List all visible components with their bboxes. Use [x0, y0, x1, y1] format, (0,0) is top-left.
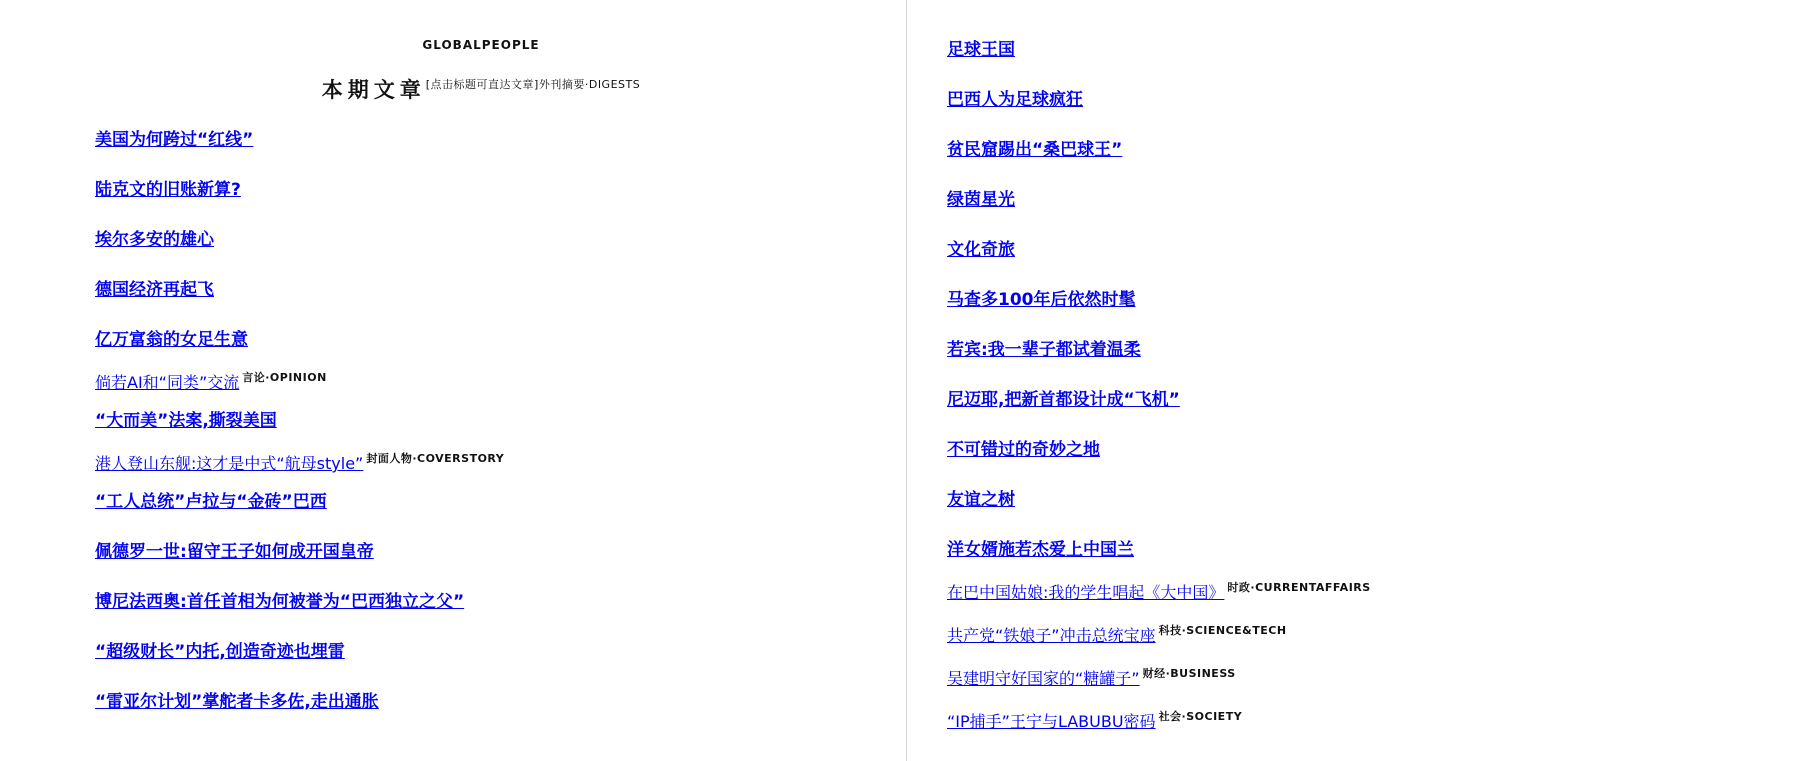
- left-article-list: 美国为何跨过“红线” 陆克文的旧账新算? 埃尔多安的雄心 德国经济再起飞 亿万富…: [95, 130, 906, 742]
- article-link[interactable]: “IP捕手”王宁与LABUBU密码: [947, 712, 1156, 731]
- article-item: 港人登山东舰:这才是中式“航母style”封面人物·COVERSTORY: [95, 449, 504, 474]
- article-link[interactable]: “雷亚尔计划”掌舵者卡多佐,走出通胀: [95, 692, 379, 712]
- article-link[interactable]: 洋女婿施若杰爱上中国兰: [947, 540, 1134, 560]
- article-item: “IP捕手”王宁与LABUBU密码社会·SOCIETY: [947, 707, 1242, 732]
- article-item: 美国为何跨过“红线”: [95, 130, 253, 150]
- article-item: 友谊之树: [947, 490, 1015, 510]
- article-item: 在巴中国姑娘:我的学生唱起《大中国》时政·CURRENTAFFAIRS: [947, 578, 1371, 603]
- article-link[interactable]: 尼迈耶,把新首都设计成“飞机”: [947, 390, 1180, 410]
- newsletter-page: GLOBALPEOPLE 本期文章[点击标题可直达文章]外刊摘要·DIGESTS…: [0, 0, 1816, 761]
- article-item: 不可错过的奇妙之地: [947, 440, 1100, 460]
- article-link[interactable]: 亿万富翁的女足生意: [95, 330, 248, 350]
- article-link[interactable]: 吴建明守好国家的“糖罐子”: [947, 669, 1140, 688]
- article-item: 尼迈耶,把新首都设计成“飞机”: [947, 390, 1180, 410]
- article-link[interactable]: 足球王国: [947, 40, 1015, 60]
- article-link[interactable]: 埃尔多安的雄心: [95, 230, 214, 250]
- left-column: GLOBALPEOPLE 本期文章[点击标题可直达文章]外刊摘要·DIGESTS…: [0, 0, 906, 761]
- article-link[interactable]: 在巴中国姑娘:我的学生唱起《大中国》: [947, 583, 1224, 602]
- article-link[interactable]: 绿茵星光: [947, 190, 1015, 210]
- article-link[interactable]: “超级财长”内托,创造奇迹也埋雷: [95, 642, 345, 662]
- article-item: 埃尔多安的雄心: [95, 230, 214, 250]
- article-category-tag: 社会·SOCIETY: [1159, 710, 1243, 723]
- issue-header: GLOBALPEOPLE 本期文章[点击标题可直达文章]外刊摘要·DIGESTS: [95, 38, 867, 104]
- right-article-list: 足球王国 巴西人为足球疯狂 贫民窟踢出“桑巴球王” 绿茵星光 文化奇旅 马查多1…: [947, 40, 1816, 750]
- article-item: 佩德罗一世:留守王子如何成开国皇帝: [95, 542, 374, 562]
- article-item: 绿茵星光: [947, 190, 1015, 210]
- article-item: 文化奇旅: [947, 240, 1015, 260]
- brand-logo: GLOBALPEOPLE: [95, 38, 867, 52]
- article-item: “超级财长”内托,创造奇迹也埋雷: [95, 642, 345, 662]
- section-title-line: 本期文章[点击标题可直达文章]外刊摘要·DIGESTS: [95, 74, 867, 104]
- article-item: 贫民窟踢出“桑巴球王”: [947, 140, 1122, 160]
- article-category-tag: 财经·BUSINESS: [1143, 667, 1236, 680]
- article-category-tag: 言论·OPINION: [242, 371, 327, 384]
- article-category-tag: 封面人物·COVERSTORY: [366, 452, 504, 465]
- article-item: 共产党“铁娘子”冲击总统宝座科技·SCIENCE&TECH: [947, 621, 1287, 646]
- article-item: “工人总统”卢拉与“金砖”巴西: [95, 492, 327, 512]
- article-item: 洋女婿施若杰爱上中国兰: [947, 540, 1134, 560]
- article-link[interactable]: 若宾:我一辈子都试着温柔: [947, 340, 1141, 360]
- article-item: 吴建明守好国家的“糖罐子”财经·BUSINESS: [947, 664, 1236, 689]
- article-link[interactable]: 德国经济再起飞: [95, 280, 214, 300]
- article-category-tag: 时政·CURRENTAFFAIRS: [1227, 581, 1370, 594]
- article-item: “大而美”法案,撕裂美国: [95, 411, 277, 431]
- article-link[interactable]: 港人登山东舰:这才是中式“航母style”: [95, 454, 363, 473]
- article-link[interactable]: 佩德罗一世:留守王子如何成开国皇帝: [95, 542, 374, 562]
- article-link[interactable]: 巴西人为足球疯狂: [947, 90, 1083, 110]
- right-column: 足球王国 巴西人为足球疯狂 贫民窟踢出“桑巴球王” 绿茵星光 文化奇旅 马查多1…: [907, 0, 1816, 761]
- article-link[interactable]: “大而美”法案,撕裂美国: [95, 411, 277, 431]
- article-category-tag: 科技·SCIENCE&TECH: [1159, 624, 1287, 637]
- article-link[interactable]: 贫民窟踢出“桑巴球王”: [947, 140, 1122, 160]
- section-title: 本期文章: [322, 78, 426, 102]
- article-item: “雷亚尔计划”掌舵者卡多佐,走出通胀: [95, 692, 379, 712]
- article-item: 巴西人为足球疯狂: [947, 90, 1083, 110]
- article-link[interactable]: 陆克文的旧账新算?: [95, 180, 241, 200]
- article-link[interactable]: 博尼法西奥:首任首相为何被誉为“巴西独立之父”: [95, 592, 464, 612]
- article-item: 足球王国: [947, 40, 1015, 60]
- article-item: 倘若AI和“同类”交流言论·OPINION: [95, 368, 327, 393]
- article-link[interactable]: 倘若AI和“同类”交流: [95, 373, 239, 392]
- article-link[interactable]: 美国为何跨过“红线”: [95, 130, 253, 150]
- article-link[interactable]: 文化奇旅: [947, 240, 1015, 260]
- article-item: 若宾:我一辈子都试着温柔: [947, 340, 1141, 360]
- article-link[interactable]: 共产党“铁娘子”冲击总统宝座: [947, 626, 1156, 645]
- article-item: 马查多100年后依然时髦: [947, 290, 1136, 310]
- section-note: [点击标题可直达文章]外刊摘要·DIGESTS: [426, 78, 640, 91]
- article-link[interactable]: 友谊之树: [947, 490, 1015, 510]
- article-item: 陆克文的旧账新算?: [95, 180, 241, 200]
- article-item: 博尼法西奥:首任首相为何被誉为“巴西独立之父”: [95, 592, 464, 612]
- article-link[interactable]: 不可错过的奇妙之地: [947, 440, 1100, 460]
- article-item: 德国经济再起飞: [95, 280, 214, 300]
- article-link[interactable]: 马查多100年后依然时髦: [947, 290, 1136, 310]
- article-link[interactable]: “工人总统”卢拉与“金砖”巴西: [95, 492, 327, 512]
- article-item: 亿万富翁的女足生意: [95, 330, 248, 350]
